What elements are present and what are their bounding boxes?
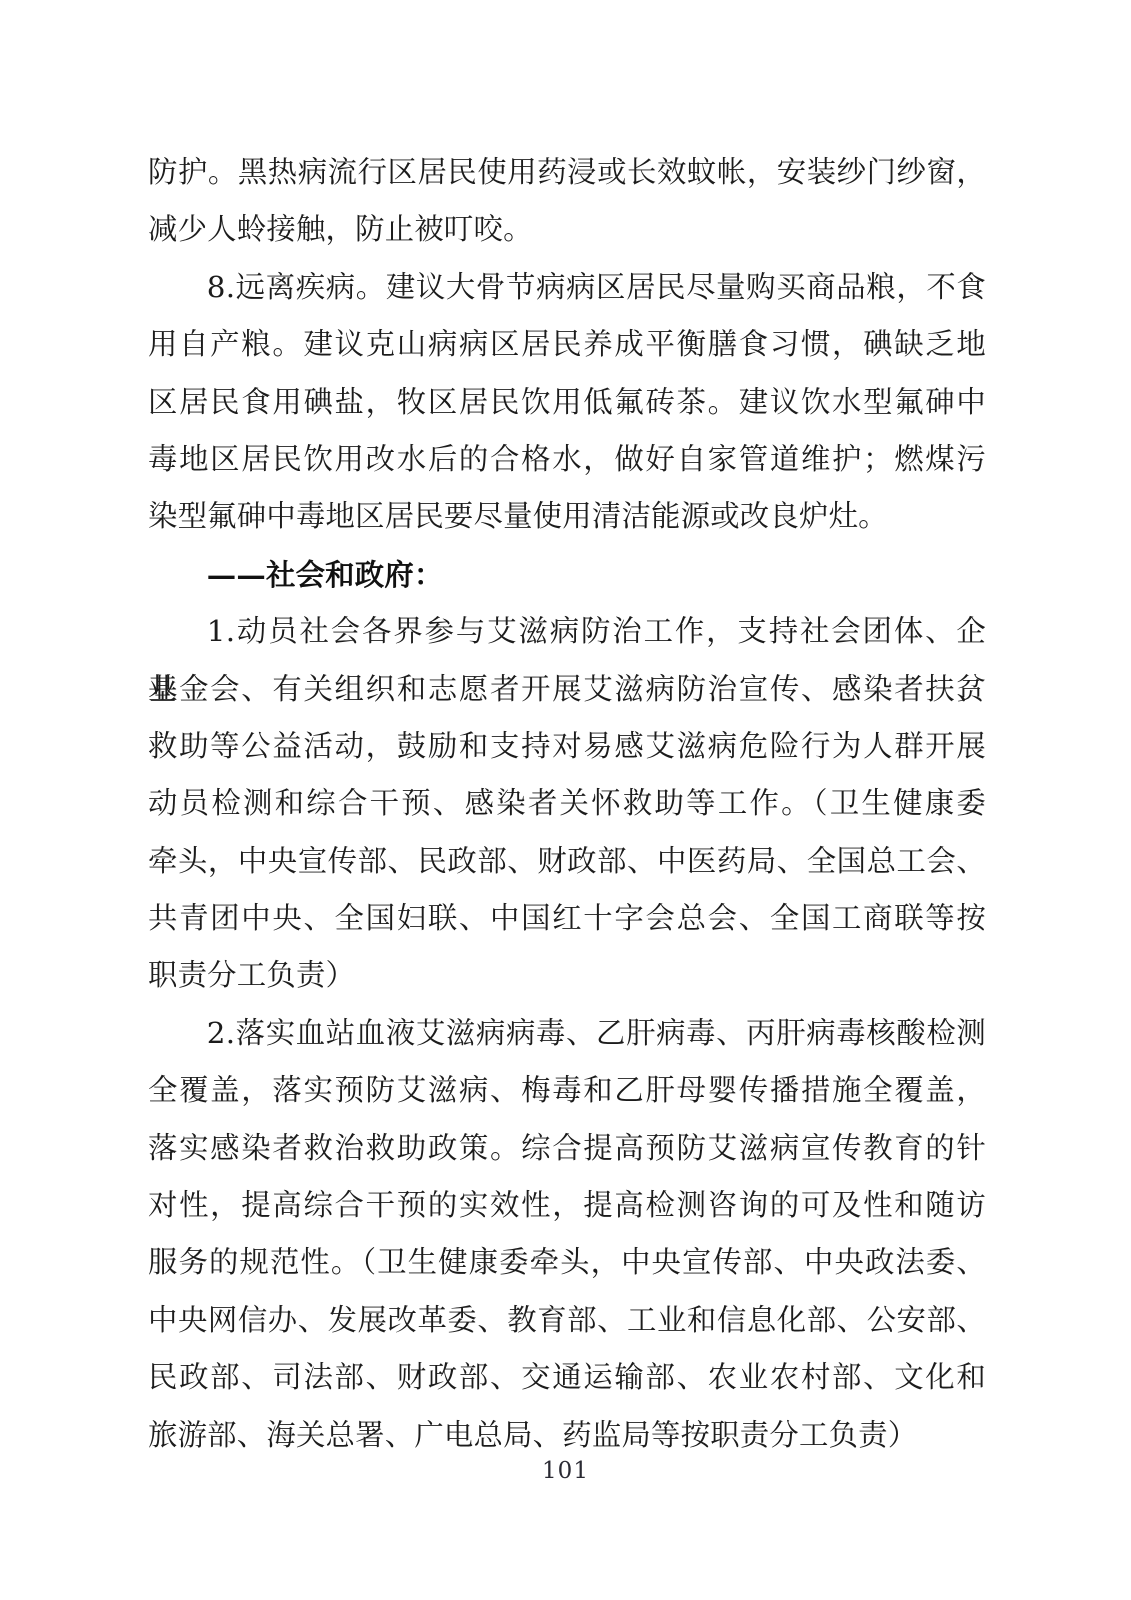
text-line: 职责分工负责） — [148, 947, 986, 1004]
text-line: 2.落实血站血液艾滋病病毒、乙肝病毒、丙肝病毒核酸检测 — [148, 1005, 986, 1062]
text-line: 落实感染者救治救助政策。综合提高预防艾滋病宣传教育的针 — [148, 1120, 986, 1177]
text-line: 动员检测和综合干预、感染者关怀救助等工作。（卫生健康委 — [148, 775, 986, 832]
text-line: 救助等公益活动，鼓励和支持对易感艾滋病危险行为人群开展 — [148, 718, 986, 775]
text-line: 毒地区居民饮用改水后的合格水，做好自家管道维护；燃煤污 — [148, 431, 986, 488]
text-line: 防护。黑热病流行区居民使用药浸或长效蚊帐，安装纱门纱窗， — [148, 144, 986, 201]
page-number: 101 — [0, 1456, 1131, 1486]
text-line: 服务的规范性。（卫生健康委牵头，中央宣传部、中央政法委、 — [148, 1234, 986, 1291]
section-heading: ——社会和政府： — [148, 546, 986, 603]
text-line: 基金会、有关组织和志愿者开展艾滋病防治宣传、感染者扶贫 — [148, 661, 986, 718]
text-line: 对性，提高综合干预的实效性，提高检测咨询的可及性和随访 — [148, 1177, 986, 1234]
text-line: 全覆盖，落实预防艾滋病、梅毒和乙肝母婴传播措施全覆盖， — [148, 1062, 986, 1119]
text-line: 民政部、司法部、财政部、交通运输部、农业农村部、文化和 — [148, 1349, 986, 1406]
text-line: 用自产粮。建议克山病病区居民养成平衡膳食习惯，碘缺乏地 — [148, 316, 986, 373]
document-text-block: 防护。黑热病流行区居民使用药浸或长效蚊帐，安装纱门纱窗，减少人蛉接触，防止被叮咬… — [148, 144, 986, 1464]
text-line: 染型氟砷中毒地区居民要尽量使用清洁能源或改良炉灶。 — [148, 488, 986, 545]
text-line: 中央网信办、发展改革委、教育部、工业和信息化部、公安部、 — [148, 1292, 986, 1349]
text-line: 共青团中央、全国妇联、中国红十字会总会、全国工商联等按 — [148, 890, 986, 947]
text-line: 区居民食用碘盐，牧区居民饮用低氟砖茶。建议饮水型氟砷中 — [148, 374, 986, 431]
text-line: 减少人蛉接触，防止被叮咬。 — [148, 201, 986, 258]
text-line: 8.远离疾病。建议大骨节病病区居民尽量购买商品粮，不食 — [148, 259, 986, 316]
text-line: 牵头，中央宣传部、民政部、财政部、中医药局、全国总工会、 — [148, 833, 986, 890]
document-page: 防护。黑热病流行区居民使用药浸或长效蚊帐，安装纱门纱窗，减少人蛉接触，防止被叮咬… — [0, 0, 1131, 1600]
text-line: 1.动员社会各界参与艾滋病防治工作，支持社会团体、企业、 — [148, 603, 986, 660]
